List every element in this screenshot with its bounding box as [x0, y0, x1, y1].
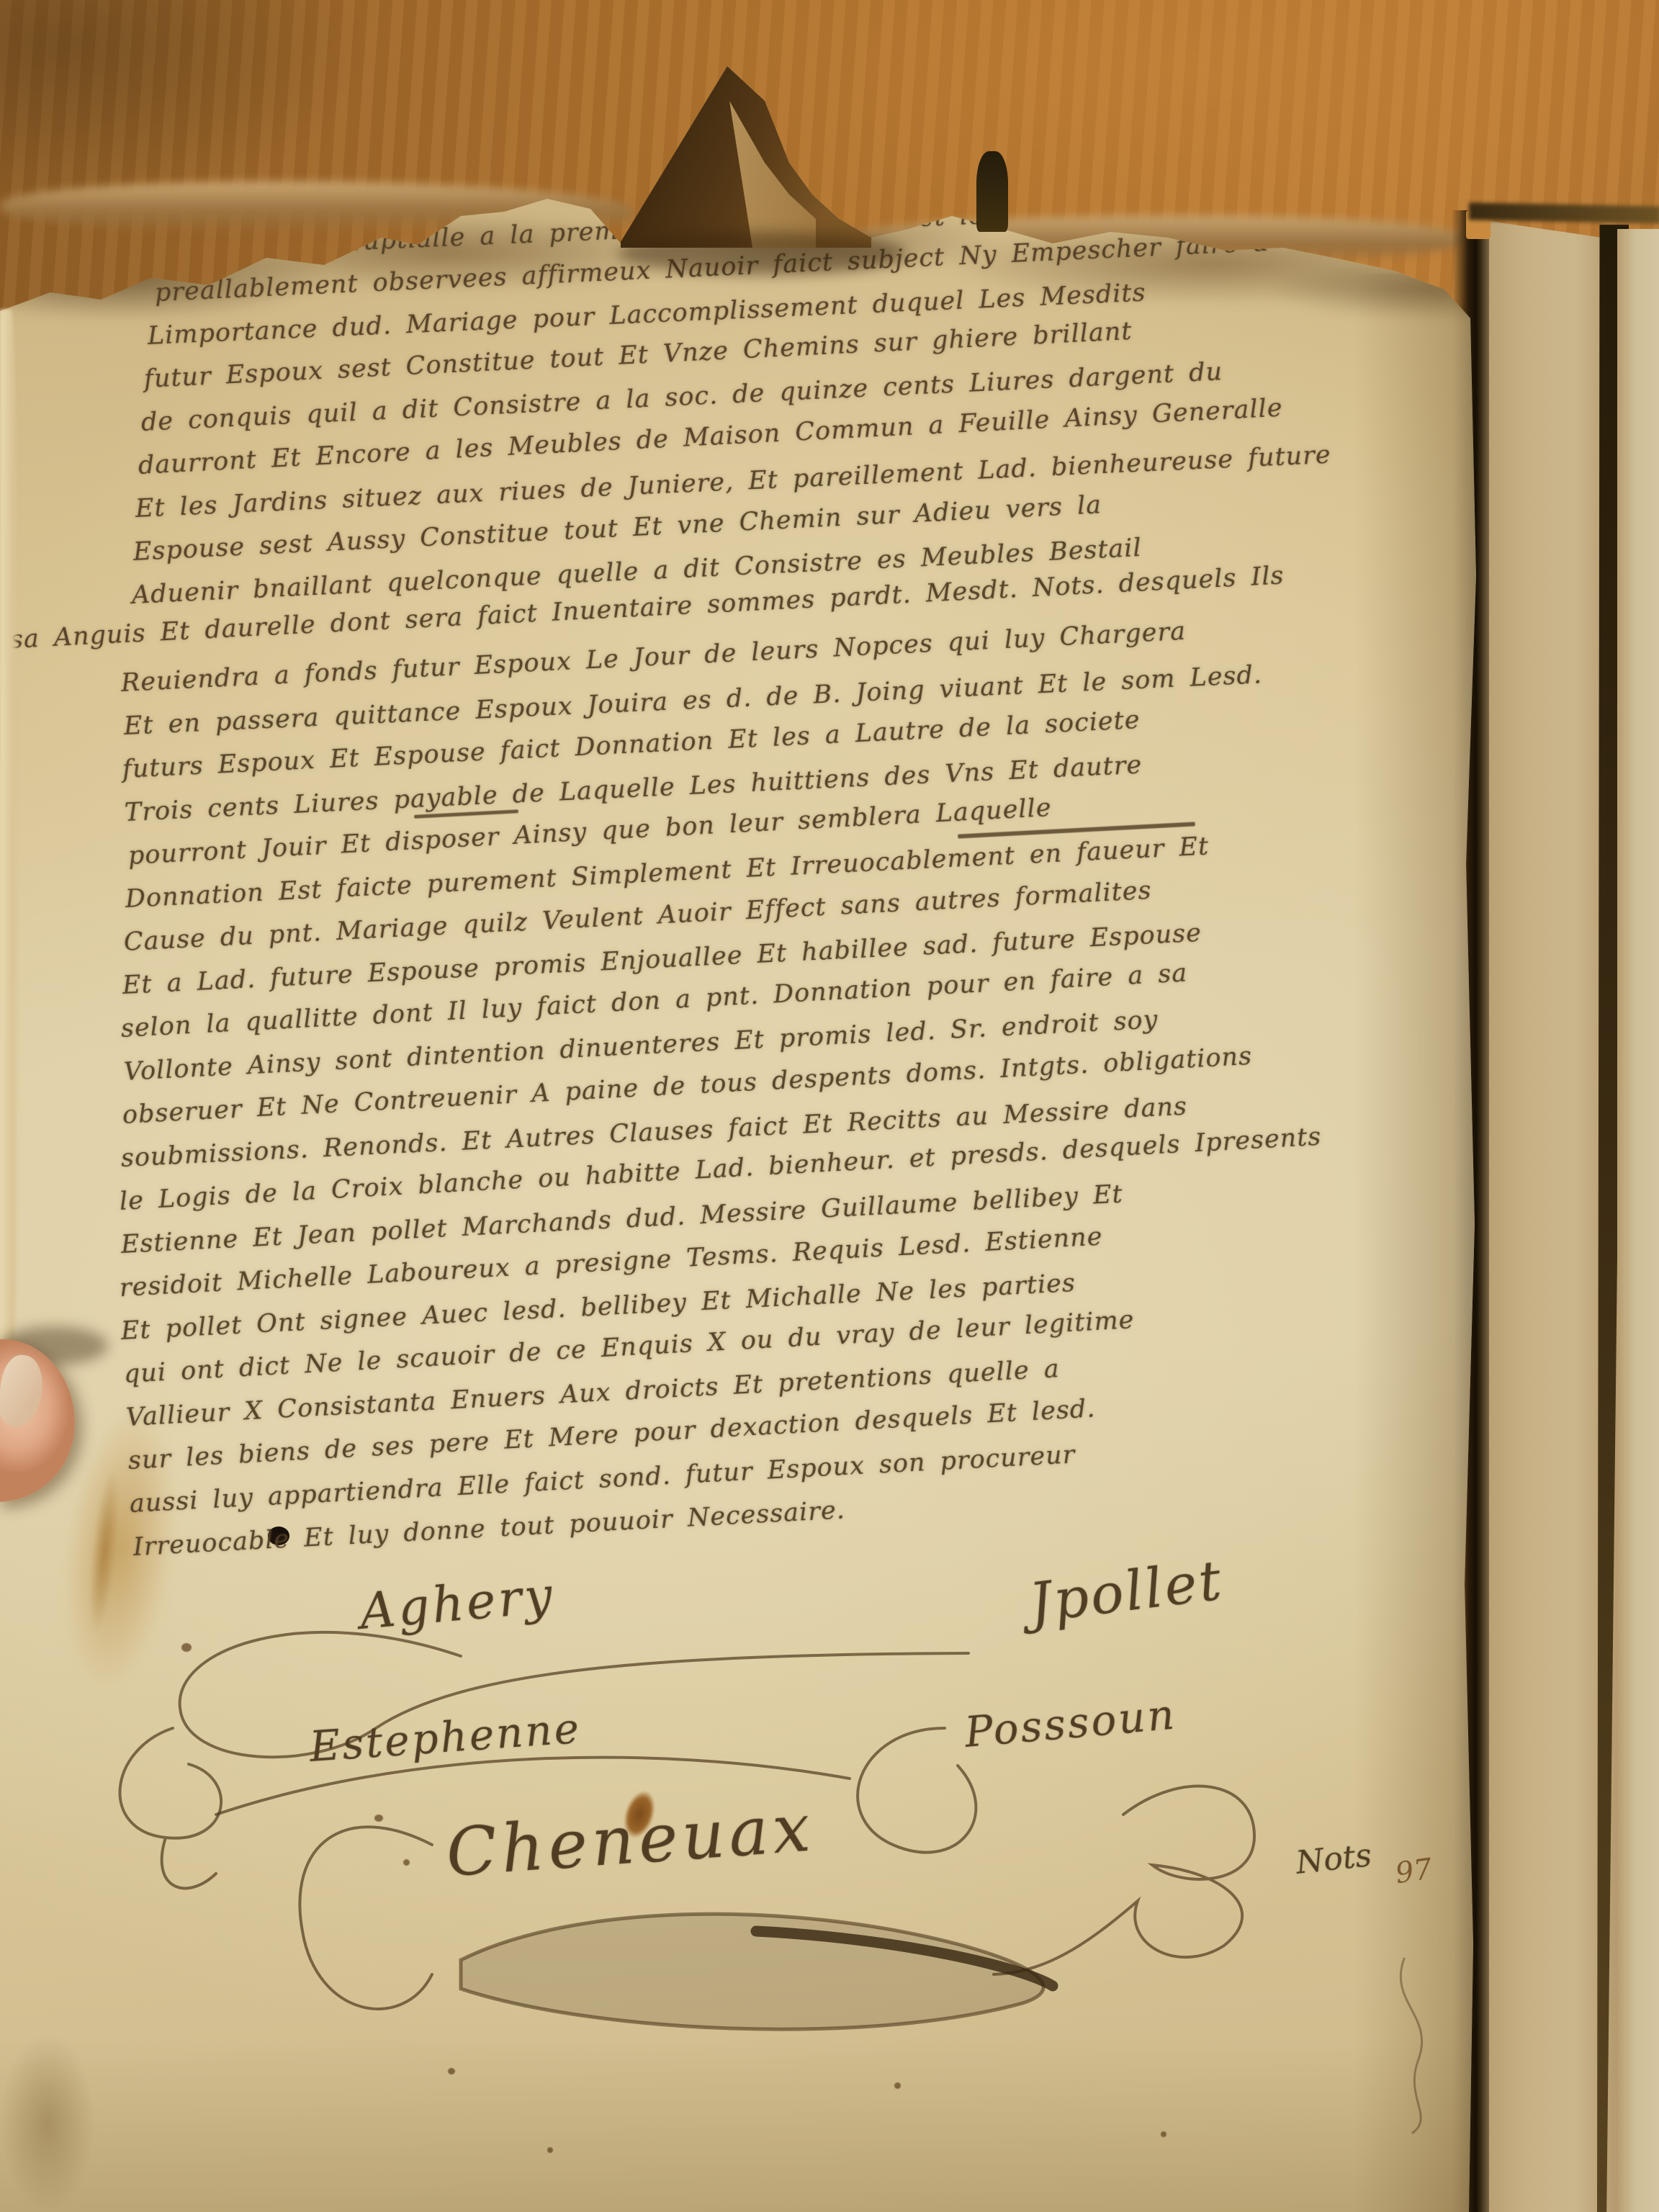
- page-corner-shadow: [0, 1764, 238, 2212]
- ink-speck: [403, 1859, 410, 1866]
- signature-notary: Cheneuax: [444, 1789, 817, 1891]
- page-stack-top-edge: [1469, 202, 1659, 223]
- manuscript-photo: Benediction Nuptialle a la premiere Requ…: [0, 0, 1659, 2212]
- notary-underline-flourish: [461, 1914, 1043, 2029]
- ink-speck: [448, 2068, 455, 2074]
- signature-witness-1: Aghery: [358, 1567, 557, 1640]
- page-stack-outer-leaf: [1617, 229, 1659, 2212]
- torn-paper-stub: [976, 151, 1008, 232]
- signature-witness-3: Estephenne: [308, 1704, 583, 1771]
- signature-witness-4: Posssoun: [963, 1689, 1178, 1756]
- underlying-page-edge: [0, 310, 19, 1346]
- manuscript-page: Benediction Nuptialle a la premiere Requ…: [0, 0, 1478, 2212]
- ink-speck: [374, 1815, 383, 1822]
- page-right-curl-shadow: [1354, 274, 1478, 2212]
- ink-speck: [547, 2147, 553, 2153]
- page-number: 97: [1393, 1853, 1434, 1891]
- ink-speck: [1161, 2131, 1166, 2137]
- signature-witness-2: Jpollet: [1026, 1547, 1227, 1635]
- flap-shadow: [618, 232, 906, 275]
- ink-speck: [894, 2082, 901, 2089]
- ink-speck: [181, 1643, 192, 1652]
